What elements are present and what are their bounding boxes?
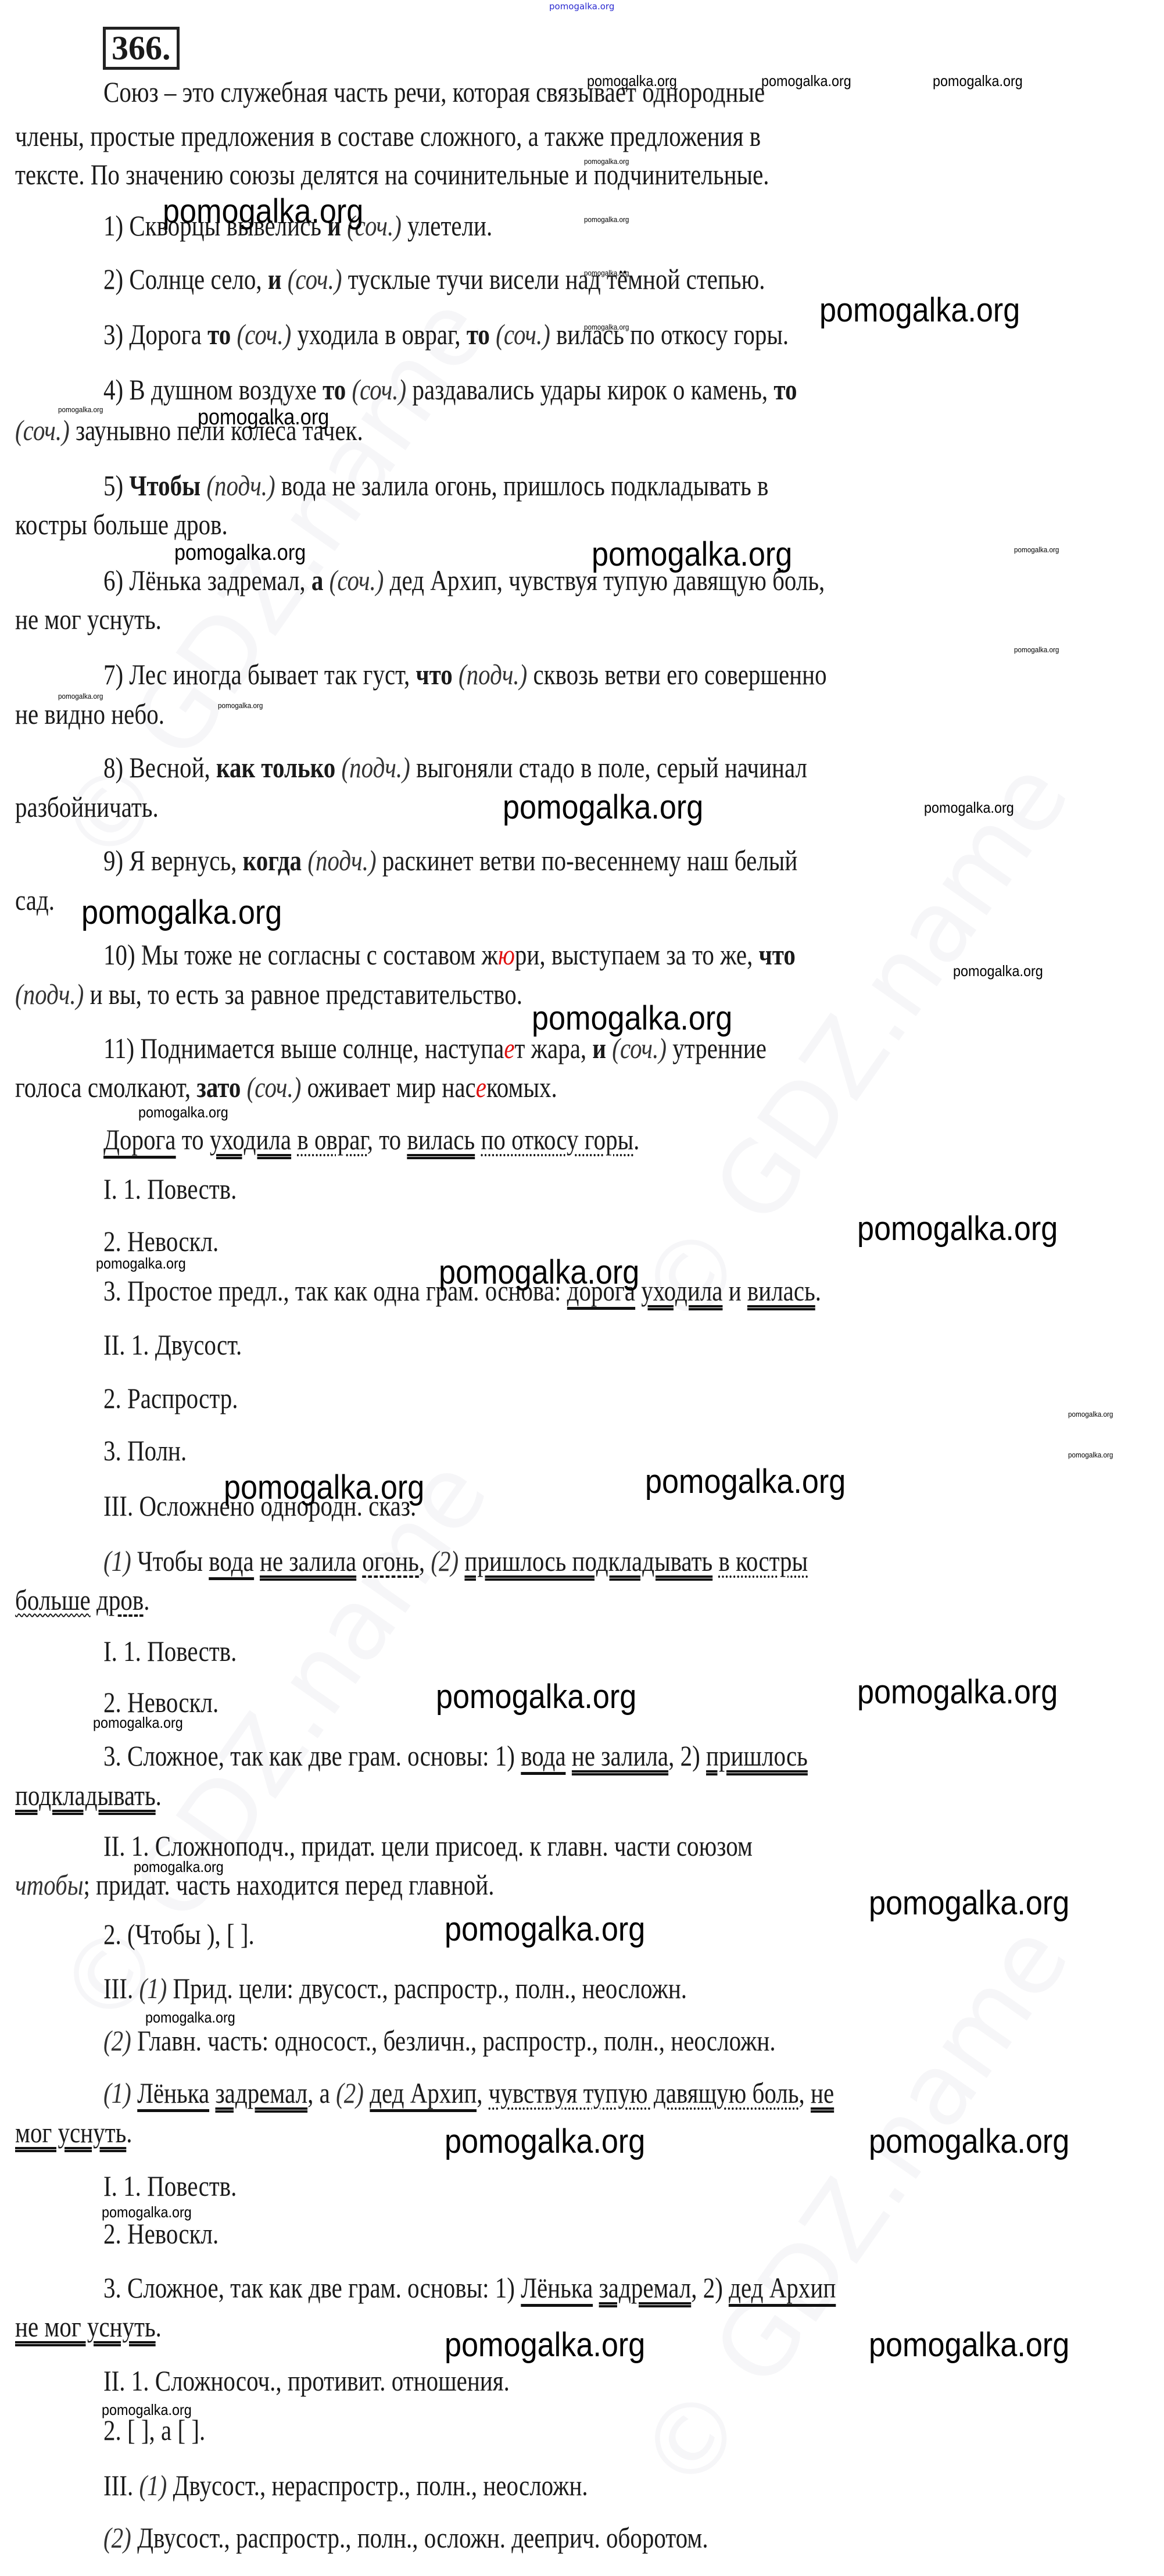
- analysis-3-line: (2) Двусост., распростр., полн., осложн.…: [103, 2520, 708, 2555]
- site-watermark: pomogalka.org: [1014, 545, 1059, 554]
- site-watermark: pomogalka.org: [503, 788, 703, 827]
- analysis-1-sentence: Дорога то уходила в овраг, то вилась по …: [103, 1122, 639, 1157]
- analysis-2-line-cont: подкладывать.: [15, 1778, 162, 1813]
- site-watermark: pomogalka.org: [1068, 1450, 1113, 1459]
- analysis-3-line-cont: не мог уснуть.: [15, 2309, 162, 2344]
- sentence-3: 3) Дорога то (соч.) уходила в овраг, то …: [103, 317, 789, 352]
- analysis-3-line: I. 1. Повеств.: [103, 2168, 237, 2203]
- sentence-7-cont: не видно небо.: [15, 696, 164, 731]
- analysis-2-line: 3. Сложное, так как две грам. основы: 1)…: [103, 1738, 808, 1773]
- sentence-4: 4) В душном воздухе то (соч.) раздавалис…: [103, 372, 797, 407]
- site-watermark: pomogalka.org: [134, 1858, 224, 1876]
- site-watermark: pomogalka.org: [145, 2009, 235, 2027]
- site-watermark: pomogalka.org: [439, 1253, 639, 1292]
- site-watermark: pomogalka.org: [592, 535, 792, 574]
- sentence-11-cont: голоса смолкают, зато (соч.) оживает мир…: [15, 1070, 557, 1105]
- analysis-3-line: 3. Сложное, так как две грам. основы: 1)…: [103, 2270, 836, 2305]
- site-watermark: pomogalka.org: [163, 192, 363, 231]
- analysis-2-line: III. (1) Прид. цели: двусост., распростр…: [103, 1971, 687, 2006]
- sentence-6-cont: не мог уснуть.: [15, 602, 162, 637]
- site-watermark: pomogalka.org: [584, 269, 629, 277]
- analysis-2-sentence-cont: больше дров.: [15, 1582, 149, 1617]
- analysis-2-line: I. 1. Повеств.: [103, 1634, 237, 1668]
- site-watermark: pomogalka.org: [584, 323, 629, 331]
- site-watermark: pomogalka.org: [93, 1714, 183, 1732]
- sentence-9-cont: сад.: [15, 883, 55, 917]
- site-watermark: pomogalka.org: [584, 215, 629, 224]
- site-watermark: pomogalka.org: [174, 541, 306, 566]
- site-watermark: pomogalka.org: [445, 1910, 645, 1949]
- site-watermark: pomogalka.org: [857, 1209, 1058, 1248]
- site-watermark: pomogalka.org: [532, 999, 732, 1038]
- site-watermark: pomogalka.org: [933, 72, 1023, 90]
- site-watermark: pomogalka.org: [218, 701, 263, 710]
- exercise-number: 366.: [103, 27, 180, 70]
- site-watermark: pomogalka.org: [224, 1468, 424, 1507]
- analysis-2-line: 2. (Чтобы ), [ ].: [103, 1917, 255, 1952]
- site-watermark: pomogalka.org: [869, 1884, 1069, 1923]
- site-watermark: pomogalka.org: [645, 1462, 846, 1501]
- analysis-1-line: 3. Полн.: [103, 1433, 187, 1468]
- site-watermark: pomogalka.org: [58, 692, 103, 701]
- analysis-1-line: I. 1. Повеств.: [103, 1171, 237, 1206]
- site-watermark: pomogalka.org: [953, 962, 1043, 980]
- site-watermark: pomogalka.org: [1068, 1410, 1113, 1419]
- site-watermark: pomogalka.org: [445, 2325, 645, 2364]
- sentence-10-cont: (подч.) и вы, то есть за равное представ…: [15, 977, 522, 1012]
- analysis-1-line: II. 1. Двусост.: [103, 1327, 242, 1362]
- analysis-2-sentence: (1) Чтобы вода не залила огонь, (2) приш…: [103, 1544, 808, 1578]
- site-watermark: pomogalka.org: [81, 893, 282, 932]
- site-watermark: pomogalka.org: [761, 72, 851, 90]
- intro-line: тексте. По значению союзы делятся на соч…: [15, 157, 769, 192]
- analysis-3-line: III. (1) Двусост., нераспростр., полн., …: [103, 2468, 588, 2503]
- site-watermark: pomogalka.org: [102, 2401, 192, 2419]
- top-watermark-link[interactable]: pomogalka.org: [549, 1, 614, 12]
- site-watermark: pomogalka.org: [924, 799, 1014, 817]
- site-watermark: pomogalka.org: [198, 405, 329, 430]
- site-watermark: pomogalka.org: [869, 2122, 1069, 2161]
- sentence-8: 8) Весной, как только (подч.) выгоняли с…: [103, 750, 807, 785]
- sentence-2: 2) Солнце село, и (соч.) тусклые тучи ви…: [103, 262, 765, 296]
- site-watermark: pomogalka.org: [584, 157, 629, 166]
- analysis-1-line: 2. Невоскл.: [103, 1224, 219, 1259]
- sentence-5-cont: костры больше дров.: [15, 507, 228, 542]
- site-watermark: pomogalka.org: [819, 291, 1020, 330]
- sentence-8-cont: разбойничать.: [15, 789, 159, 824]
- sentence-7: 7) Лес иногда бывает так густ, что (подч…: [103, 657, 827, 692]
- background-watermark: © GDZ.name: [617, 1905, 1091, 2513]
- analysis-2-line: (2) Главн. часть: односост., безличн., р…: [103, 2023, 776, 2058]
- analysis-3-sentence-cont: мог уснуть.: [15, 2115, 132, 2150]
- site-watermark: pomogalka.org: [436, 1677, 636, 1716]
- sentence-10: 10) Мы тоже не согласны с составом жюри,…: [103, 937, 796, 972]
- site-watermark: pomogalka.org: [58, 405, 103, 414]
- site-watermark: pomogalka.org: [1014, 645, 1059, 654]
- site-watermark: pomogalka.org: [857, 1673, 1058, 1712]
- site-watermark: pomogalka.org: [96, 1255, 186, 1273]
- sentence-5: 5) Чтобы (подч.) вода не залила огонь, п…: [103, 468, 768, 503]
- site-watermark: pomogalka.org: [102, 2203, 192, 2221]
- analysis-3-line: 2. Невоскл.: [103, 2216, 219, 2251]
- intro-line: члены, простые предложения в составе сло…: [15, 119, 761, 153]
- site-watermark: pomogalka.org: [445, 2122, 645, 2161]
- analysis-1-line: 2. Распростр.: [103, 1381, 238, 1416]
- sentence-9: 9) Я вернусь, когда (подч.) раскинет вет…: [103, 843, 797, 878]
- site-watermark: pomogalka.org: [587, 72, 677, 90]
- analysis-3-sentence: (1) Лёнька задремал, а (2) дед Архип, чу…: [103, 2075, 834, 2110]
- analysis-2-line: чтобы; придат. часть находится перед гла…: [15, 1867, 494, 1902]
- site-watermark: pomogalka.org: [869, 2325, 1069, 2364]
- site-watermark: pomogalka.org: [138, 1103, 228, 1121]
- analysis-3-line: II. 1. Сложносоч., противит. отношения.: [103, 2363, 510, 2398]
